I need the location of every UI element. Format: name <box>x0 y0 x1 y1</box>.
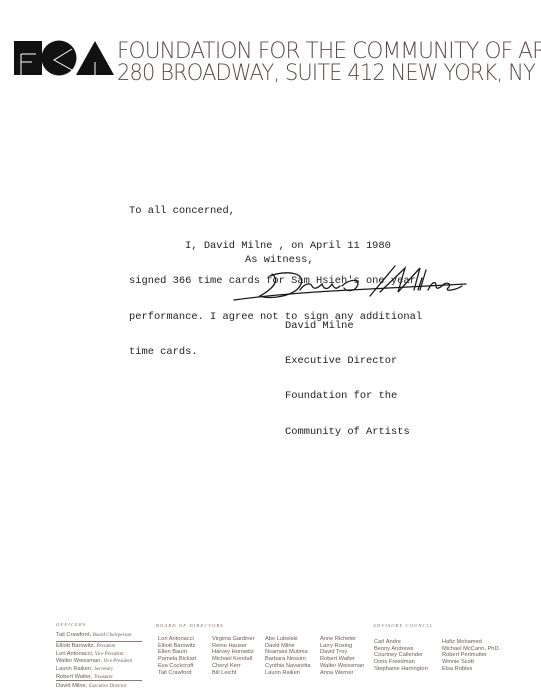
board-column: Virginia Gardiner Reine Hauser Harvey Ho… <box>212 636 255 676</box>
advisory-member: Stephanie Harrington <box>374 666 428 673</box>
board-member: Pamela Bickart <box>158 656 196 663</box>
signature-block: David Milne Executive Director Foundatio… <box>285 297 410 462</box>
officer-entry: Laurin Raiken, Secretary <box>56 666 132 674</box>
advisory-member: Benny Andrews <box>374 646 428 653</box>
board-column: Abe Lubelski David Milne Nsamani Mutima … <box>265 636 311 676</box>
board-member: Virginia Gardiner <box>212 636 255 643</box>
officer-name: Tait Crawford, <box>56 632 91 638</box>
advisory-member: Winnie Scott <box>442 659 500 666</box>
officer-role: Executive Director <box>89 684 127 689</box>
officer-name: Lori Antonacci, <box>56 651 93 657</box>
board-member: Anne Richeter <box>320 636 364 643</box>
officer-name: Laurin Raiken, <box>56 666 93 672</box>
board-member: Reine Hauser <box>212 643 255 650</box>
board-column: Anne Richeter Larry Rosing David Troy Ro… <box>320 636 364 676</box>
officers-chair: Tait Crawford, Board Chairperson <box>56 632 132 640</box>
board-member: Nsamani Mutima <box>265 649 311 656</box>
signatory-title: Executive Director <box>285 356 410 368</box>
officer-entry: Lori Antonacci, Vice President <box>56 651 132 659</box>
board-member: Robert Walter <box>320 656 364 663</box>
officer-name: Robert Walter, <box>56 674 92 680</box>
board-member: Anna Werner <box>320 670 364 677</box>
signatory-name: David Milne <box>285 321 410 333</box>
officer-role: President <box>96 644 115 649</box>
letter-page: FOUNDATION FOR THE COMMUNITY OF ARTISTS … <box>0 0 541 700</box>
officer-name: David Milne, <box>56 683 87 689</box>
officers-director: David Milne, Executive Director <box>56 683 127 691</box>
board-member: Tait Crawford <box>158 670 196 677</box>
advisory-member: Hafiz Mohamed <box>442 639 500 646</box>
advisory-member: Elsa Robles <box>442 666 500 673</box>
board-member: Cynthia Navaretta <box>265 663 311 670</box>
board-member: David Troy <box>320 649 364 656</box>
officers-list: Elliott Barowitz, President Lori Antonac… <box>56 643 132 682</box>
board-member: Walter Weissman <box>320 663 364 670</box>
officer-role: Secretary <box>94 667 113 672</box>
board-member: Ellen Baum <box>158 649 196 656</box>
advisory-member: Michael McCann, PhD. <box>442 646 500 653</box>
officer-entry: Walter Weissman, Vice President <box>56 658 132 666</box>
officer-role: Vice President <box>103 659 132 664</box>
officer-role: Board Chairperson <box>93 633 132 638</box>
body-line: I, David Milne , on April 11 1980 <box>129 241 422 253</box>
advisory-member: Carl Andre <box>374 639 428 646</box>
divider <box>56 680 142 681</box>
advisory-member: Courtney Callender <box>374 652 428 659</box>
board-member: Harvey Horowitz <box>212 649 255 656</box>
signatory-org: Community of Artists <box>285 427 410 439</box>
officer-name: Elliott Barowitz, <box>56 643 95 649</box>
signatory-org: Foundation for the <box>285 391 410 403</box>
board-member: Michael Kendall <box>212 656 255 663</box>
advisory-column: Carl Andre Benny Andrews Courtney Callen… <box>374 639 428 673</box>
fca-logo-icon <box>14 40 114 76</box>
board-member: Laurin Raiken <box>265 670 311 677</box>
divider <box>56 641 142 642</box>
board-member: Lori Antonacci <box>158 636 196 643</box>
officer-role: Vice President <box>95 652 124 657</box>
board-member: Larry Rosing <box>320 643 364 650</box>
board-member: Eva Cockcroft <box>158 663 196 670</box>
board-column: Lori Antonacci Elliott Barowitz Ellen Ba… <box>158 636 196 676</box>
board-member: David Milne <box>265 643 311 650</box>
board-member: Bill Leicht <box>212 670 255 677</box>
advisory-column: Hafiz Mohamed Michael McCann, PhD. Rober… <box>442 639 500 673</box>
organization-address: 280 BROADWAY, SUITE 412 NEW YORK, NY 100… <box>117 60 541 86</box>
board-heading: BOARD OF DIRECTORS <box>156 623 224 628</box>
board-member: Elliott Barowitz <box>158 643 196 650</box>
officer-entry: Elliott Barowitz, President <box>56 643 132 651</box>
board-member: Abe Lubelski <box>265 636 311 643</box>
advisory-heading: ADVISORY COUNCIL <box>373 623 433 628</box>
advisory-member: Doris Freedman <box>374 659 428 666</box>
officer-name: Walter Weissman, <box>56 658 102 664</box>
board-member: Barbara Nessim <box>265 656 311 663</box>
salutation: To all concerned, <box>129 206 422 218</box>
advisory-member: Robert Perlmutter <box>442 652 500 659</box>
officers-heading: OFFICERS <box>56 622 86 627</box>
board-member: Cheryl Kerr <box>212 663 255 670</box>
